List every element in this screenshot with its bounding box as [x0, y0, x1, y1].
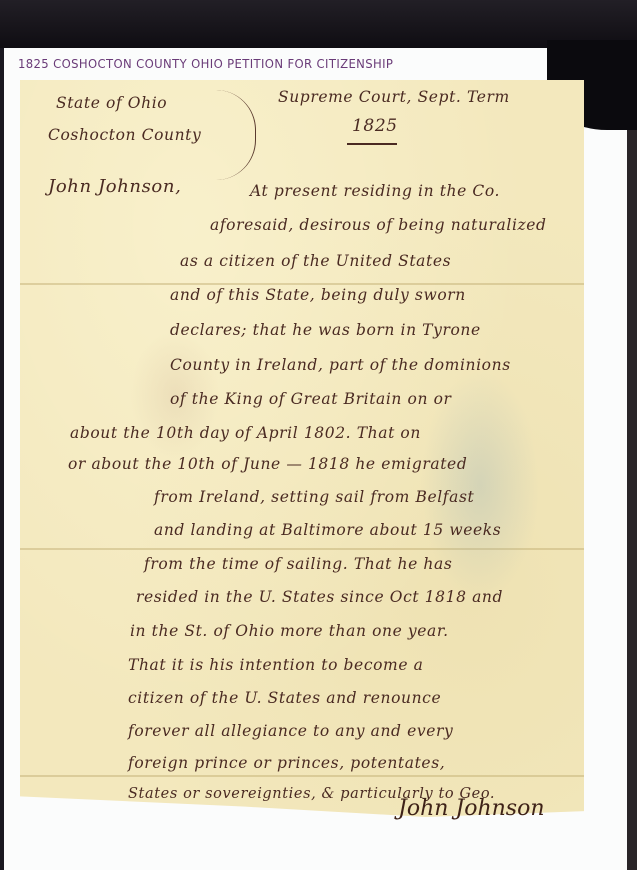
- scanner-background: [0, 0, 637, 48]
- handwritten-label: 1825 Coshocton County Ohio Petition for …: [18, 50, 558, 76]
- body-line-1: At present residing in the Co.: [250, 182, 500, 200]
- body-line-4: and of this State, being duly sworn: [170, 286, 466, 304]
- body-line-10: from Ireland, setting sail from Belfast: [154, 488, 474, 506]
- signature: John Johnson: [398, 796, 545, 821]
- label-text: 1825 Coshocton County Ohio Petition for …: [18, 56, 393, 71]
- body-line-12: from the time of sailing. That he has: [144, 555, 452, 573]
- fold-line: [20, 775, 584, 777]
- body-line-18: foreign prince or princes, potentates,: [128, 754, 445, 772]
- body-line-5: declares; that he was born in Tyrone: [170, 321, 481, 339]
- petition-paper: State of Ohio Coshocton County John John…: [20, 80, 584, 817]
- caption-state: State of Ohio: [56, 94, 167, 112]
- court-term: Supreme Court, Sept. Term: [278, 88, 510, 106]
- body-line-14: in the St. of Ohio more than one year.: [130, 622, 449, 640]
- body-line-15: That it is his intention to become a: [128, 656, 423, 674]
- body-line-2: aforesaid, desirous of being naturalized: [210, 216, 547, 234]
- petitioner-name: John Johnson,: [48, 176, 181, 197]
- scanned-document: 1825 Coshocton County Ohio Petition for …: [0, 0, 637, 870]
- body-line-6: County in Ireland, part of the dominions: [170, 356, 511, 374]
- body-line-13: resided in the U. States since Oct 1818 …: [136, 588, 503, 606]
- caption-brace: [216, 90, 256, 180]
- body-line-11: and landing at Baltimore about 15 weeks: [154, 521, 501, 539]
- body-line-3: as a citizen of the United States: [180, 252, 451, 270]
- body-line-17: forever all allegiance to any and every: [128, 722, 453, 740]
- body-line-9: or about the 10th of June — 1818 he emig…: [68, 455, 467, 473]
- fold-line: [20, 283, 584, 285]
- year-underline: [347, 143, 397, 145]
- scanner-edge-right: [627, 48, 637, 870]
- body-line-7: of the King of Great Britain on or: [170, 390, 452, 408]
- caption-county: Coshocton County: [48, 126, 201, 144]
- body-line-16: citizen of the U. States and renounce: [128, 689, 441, 707]
- court-year: 1825: [352, 116, 398, 136]
- body-line-8: about the 10th day of April 1802. That o…: [70, 424, 421, 442]
